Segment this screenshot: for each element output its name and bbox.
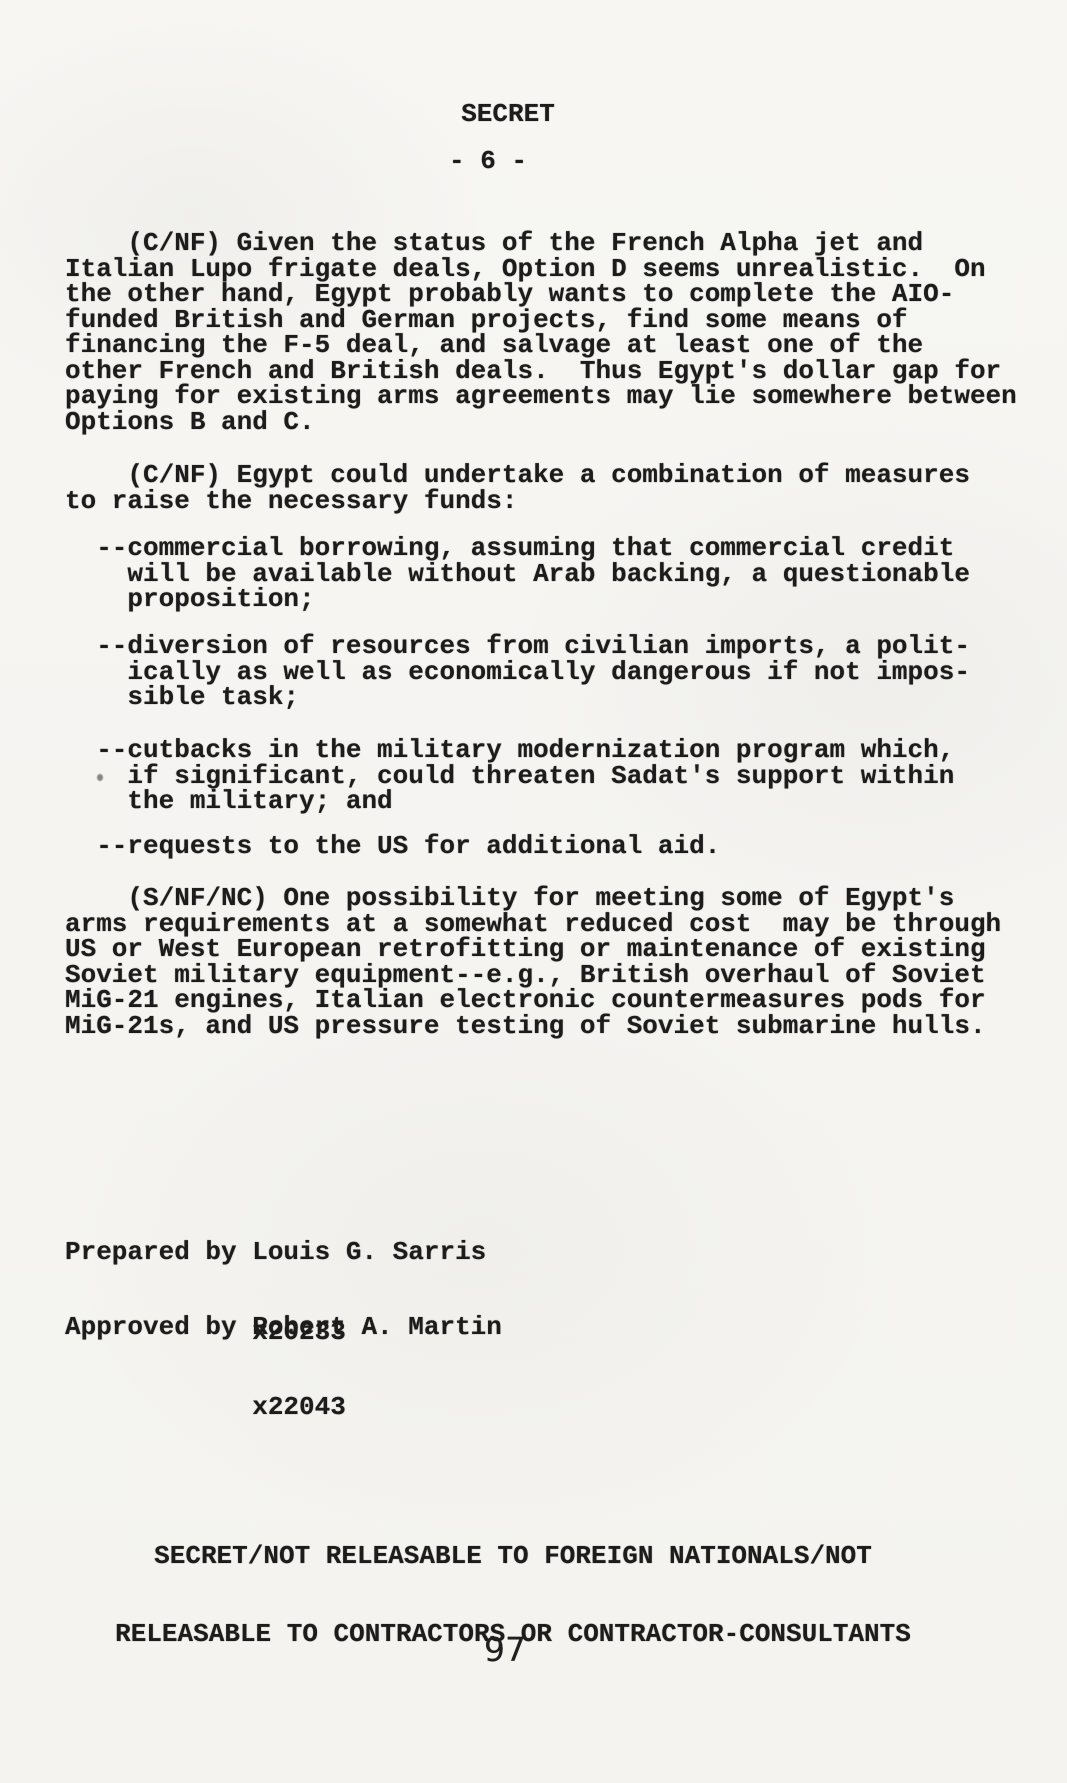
bullet-diversion-of-resources: --diversion of resources from civilian i… [65, 634, 970, 711]
body-paragraph-retrofitting-possibility: (S/NF/NC) One possibility for meeting so… [65, 886, 1001, 1039]
scan-artifact-dot [97, 774, 103, 781]
approved-by-block: Approved by Robert A. Martin x22043 [65, 1261, 502, 1473]
bullet-military-cutbacks: --cutbacks in the military modernization… [65, 738, 954, 815]
approved-by-line: Approved by Robert A. Martin [65, 1314, 502, 1341]
bullet-us-aid-requests: --requests to the US for additional aid. [65, 834, 720, 860]
page-number-footer: 97 [0, 1630, 1010, 1669]
body-paragraph-funding-measures-intro: (C/NF) Egypt could undertake a combinati… [65, 463, 970, 514]
document-page: SECRET - 6 - (C/NF) Given the status of … [0, 0, 1067, 1783]
classification-header: SECRET [0, 102, 1016, 128]
approved-by-extension: x22043 [65, 1394, 502, 1421]
bullet-commercial-borrowing: --commercial borrowing, assuming that co… [65, 536, 970, 613]
body-paragraph-option-assessment: (C/NF) Given the status of the French Al… [65, 231, 1017, 435]
releasability-line-1: SECRET/NOT RELEASABLE TO FOREIGN NATIONA… [0, 1543, 1026, 1569]
page-number-label: - 6 - [0, 149, 976, 175]
